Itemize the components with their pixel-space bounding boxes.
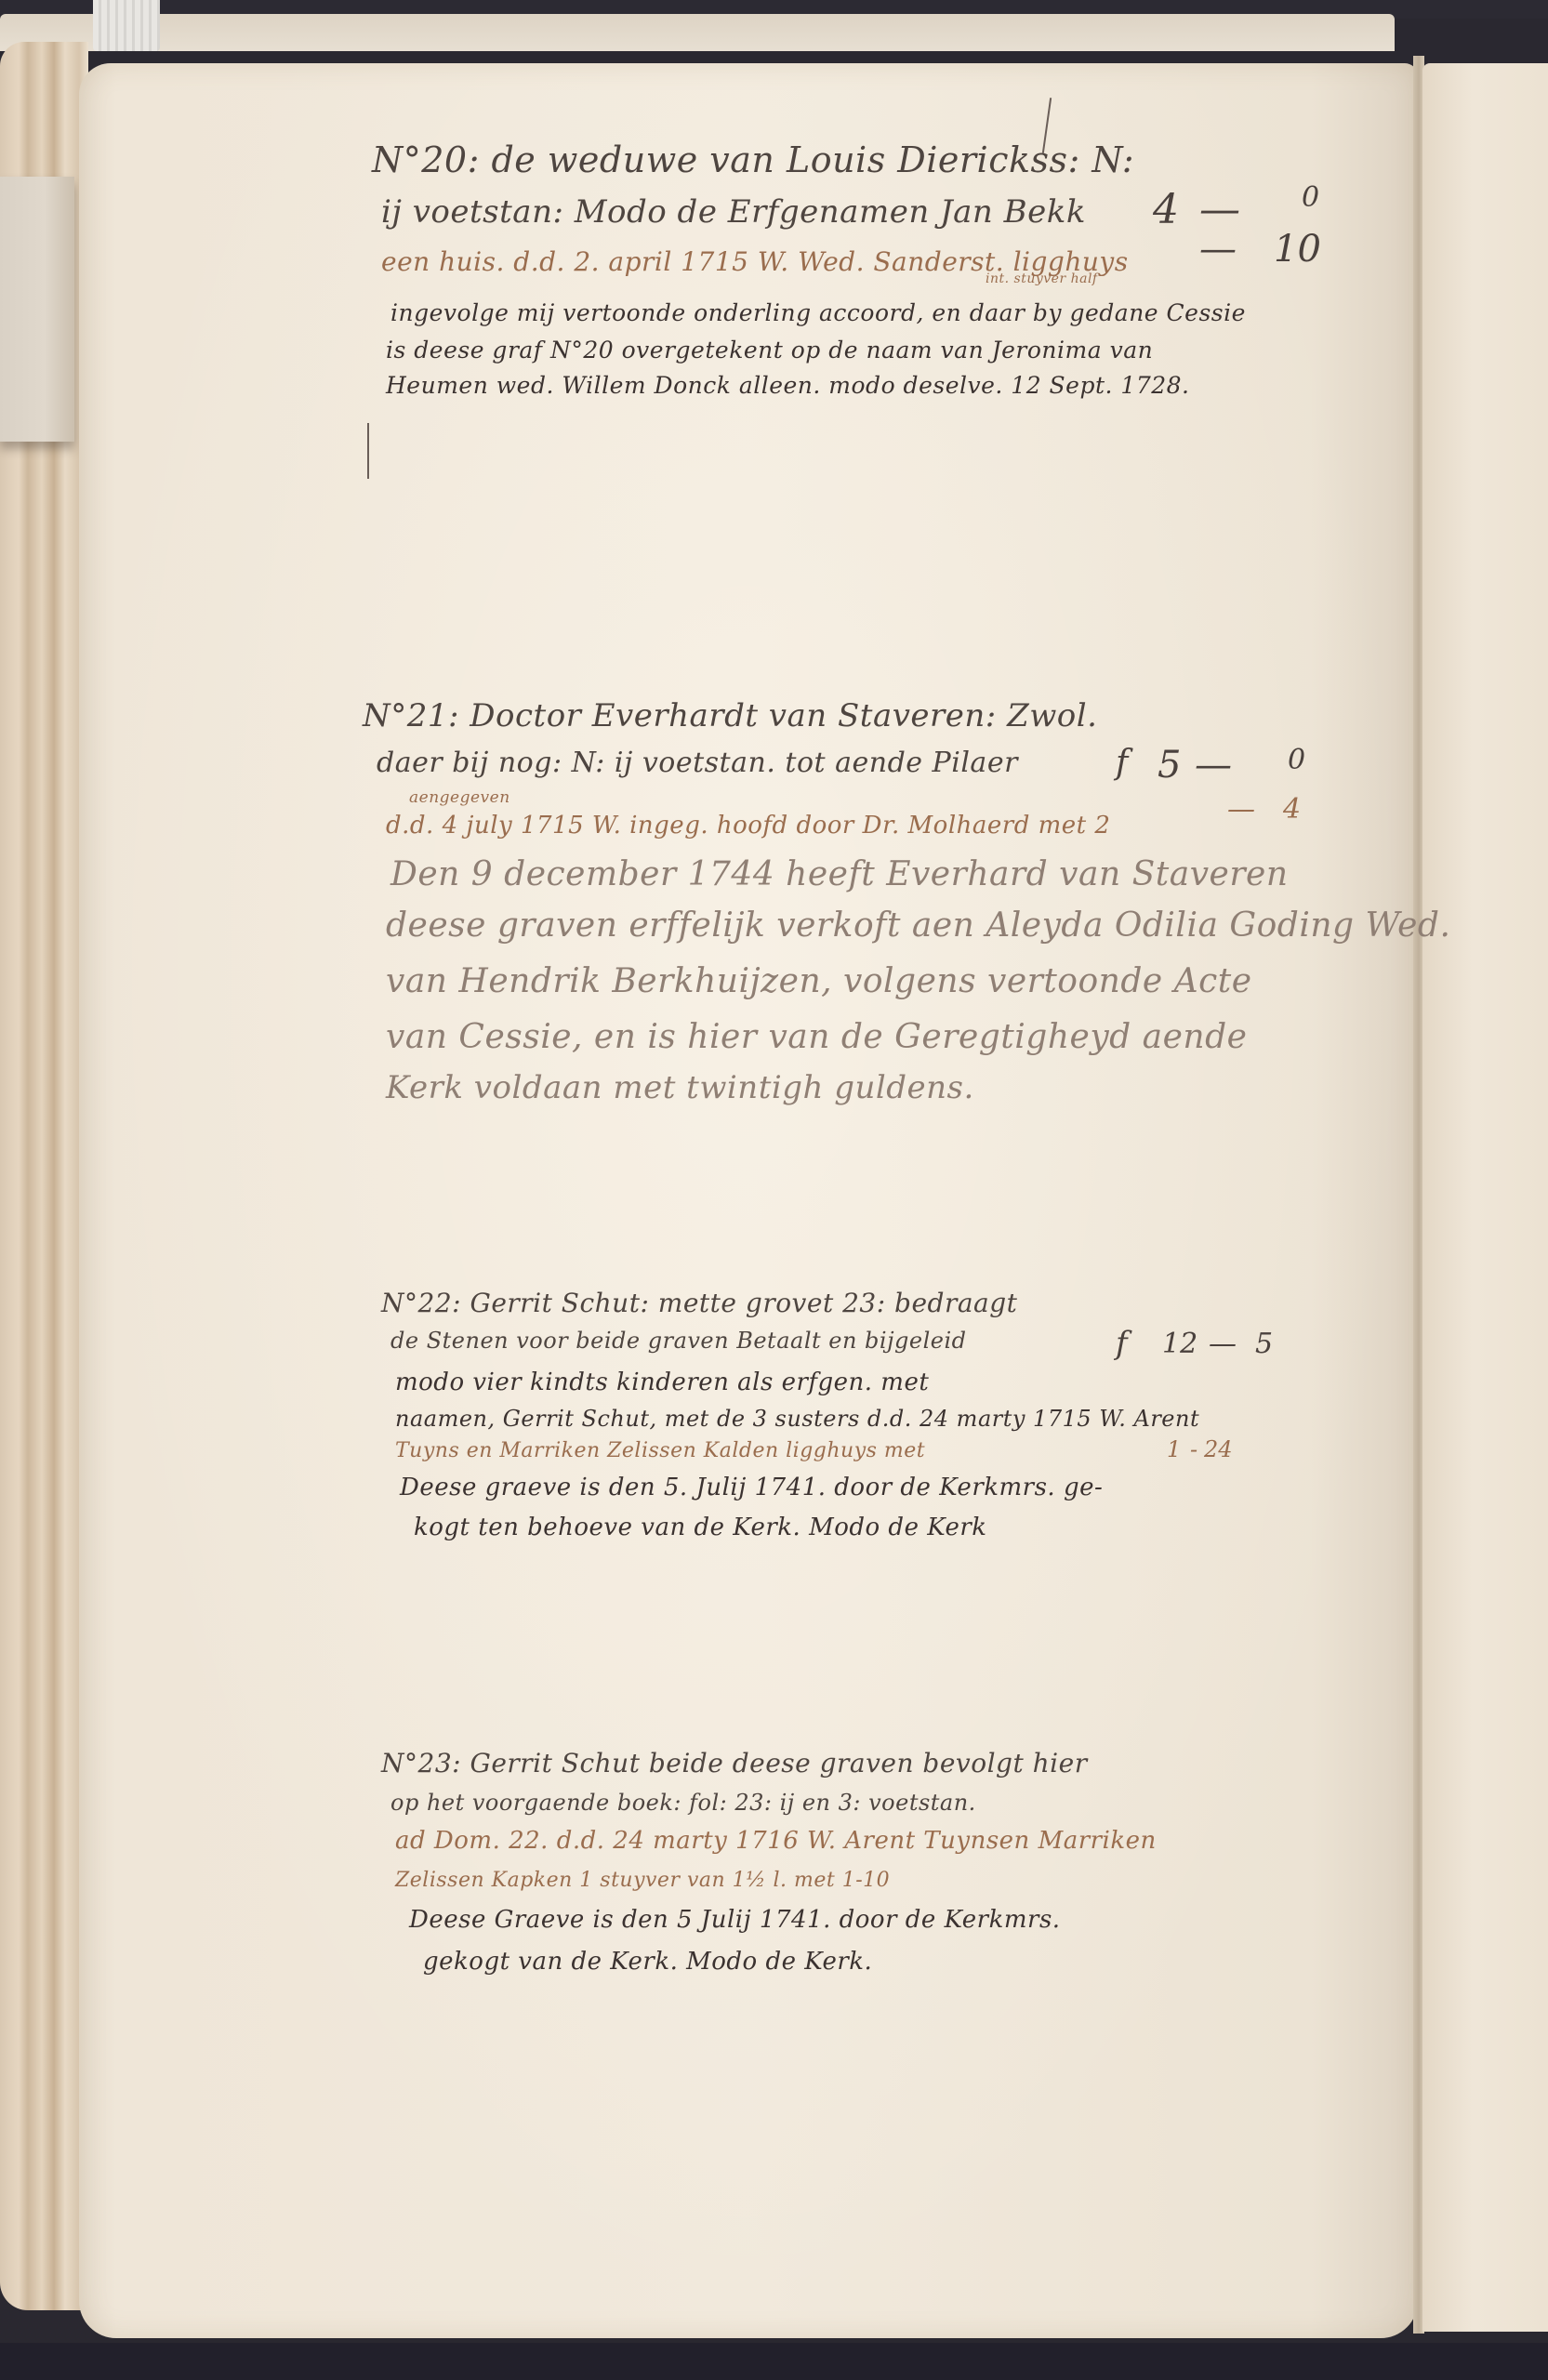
scan-background-bottom — [0, 2343, 1548, 2380]
entry-line: N°21: Doctor Everhardt van Staveren: Zwo… — [363, 697, 1097, 734]
entry-line: ij voetstan: Modo de Erfgenamen Jan Bekk — [381, 193, 1086, 231]
amount-stuivers: 4 — [1283, 793, 1301, 826]
pen-stroke — [367, 423, 369, 479]
entry-line: van Cessie, en is hier van de Geregtighe… — [386, 1018, 1247, 1056]
entry-annotation: Zelissen Kapken 1 stuyver van 1½ l. met … — [395, 1869, 890, 1892]
entry-line: Kerk voldaan met twintigh guldens. — [386, 1069, 974, 1106]
entry-line: ingevolge mij vertoonde onderling accoor… — [390, 299, 1246, 326]
amount-stuivers: 0 — [1302, 181, 1319, 214]
entry-line: gekogt van de Kerk. Modo de Kerk. — [423, 1948, 872, 1976]
book-cover-top-edge — [0, 14, 1395, 51]
amount-guilders: 12 — [1162, 1328, 1197, 1360]
entry-line: Heumen wed. Willem Donck alleen. modo de… — [386, 372, 1189, 399]
amount-stuivers: 0 — [1288, 744, 1305, 776]
entry-line: Deese graeve is den 5. Julij 1741. door … — [400, 1474, 1103, 1501]
amount-guilders: 5 — [1158, 744, 1181, 787]
facing-page — [1422, 63, 1548, 2332]
entry-line: van Hendrik Berkhuijzen, volgens vertoon… — [386, 962, 1252, 1000]
entry-line: Den 9 december 1744 heeft Everhard van S… — [390, 855, 1289, 893]
amount-prefix: f — [1116, 1325, 1128, 1362]
entry-line: N°20: de weduwe van Louis Dierickss: N: — [372, 139, 1134, 180]
bookmark-ribbon — [93, 0, 160, 51]
entry-line: de Stenen voor beide graven Betaalt en b… — [390, 1328, 967, 1354]
amount-stuivers: 5 — [1255, 1328, 1273, 1360]
entry-line: modo vier kindts kinderen als erfgen. me… — [395, 1368, 929, 1396]
entry-line: daer bij nog: N: ij voetstan. tot aende … — [377, 747, 1018, 779]
manuscript-page — [79, 63, 1418, 2338]
amount-prefix: f — [1116, 744, 1128, 782]
entry-line: kogt ten behoeve van de Kerk. Modo de Ke… — [414, 1514, 987, 1541]
entry-line: ad Dom. 22. d.d. 24 marty 1716 W. Arent … — [395, 1827, 1157, 1855]
amount-guilders: 1 — [1167, 1436, 1181, 1462]
interlinear-note: int. stuyver half — [986, 271, 1098, 286]
entry-line: naamen, Gerrit Schut, met de 3 susters d… — [395, 1406, 1199, 1432]
entry-line: Deese Graeve is den 5 Julij 1741. door d… — [409, 1906, 1061, 1934]
entry-line: is deese graf N°20 overgetekent op de na… — [386, 337, 1153, 364]
entry-line: N°22: Gerrit Schut: mette grovet 23: bed… — [381, 1288, 1017, 1318]
entry-line: op het voorgaende boek: fol: 23: ij en 3… — [390, 1790, 976, 1816]
amount-stuivers: 10 — [1274, 228, 1321, 271]
entry-annotation: Tuyns en Marriken Zelissen Kalden ligghu… — [395, 1439, 925, 1462]
binding-tab — [0, 177, 74, 442]
amount-stuivers: 24 — [1204, 1436, 1233, 1462]
amount-guilders: 4 — [1153, 186, 1179, 233]
entry-annotation: d.d. 4 july 1715 W. ingeg. hoofd door Dr… — [386, 812, 1110, 840]
entry-line: N°23: Gerrit Schut beide deese graven be… — [381, 1748, 1088, 1778]
entry-line: deese graven erffelijk verkoft aen Aleyd… — [386, 906, 1450, 945]
interlinear-note: aengegeven — [409, 788, 510, 807]
